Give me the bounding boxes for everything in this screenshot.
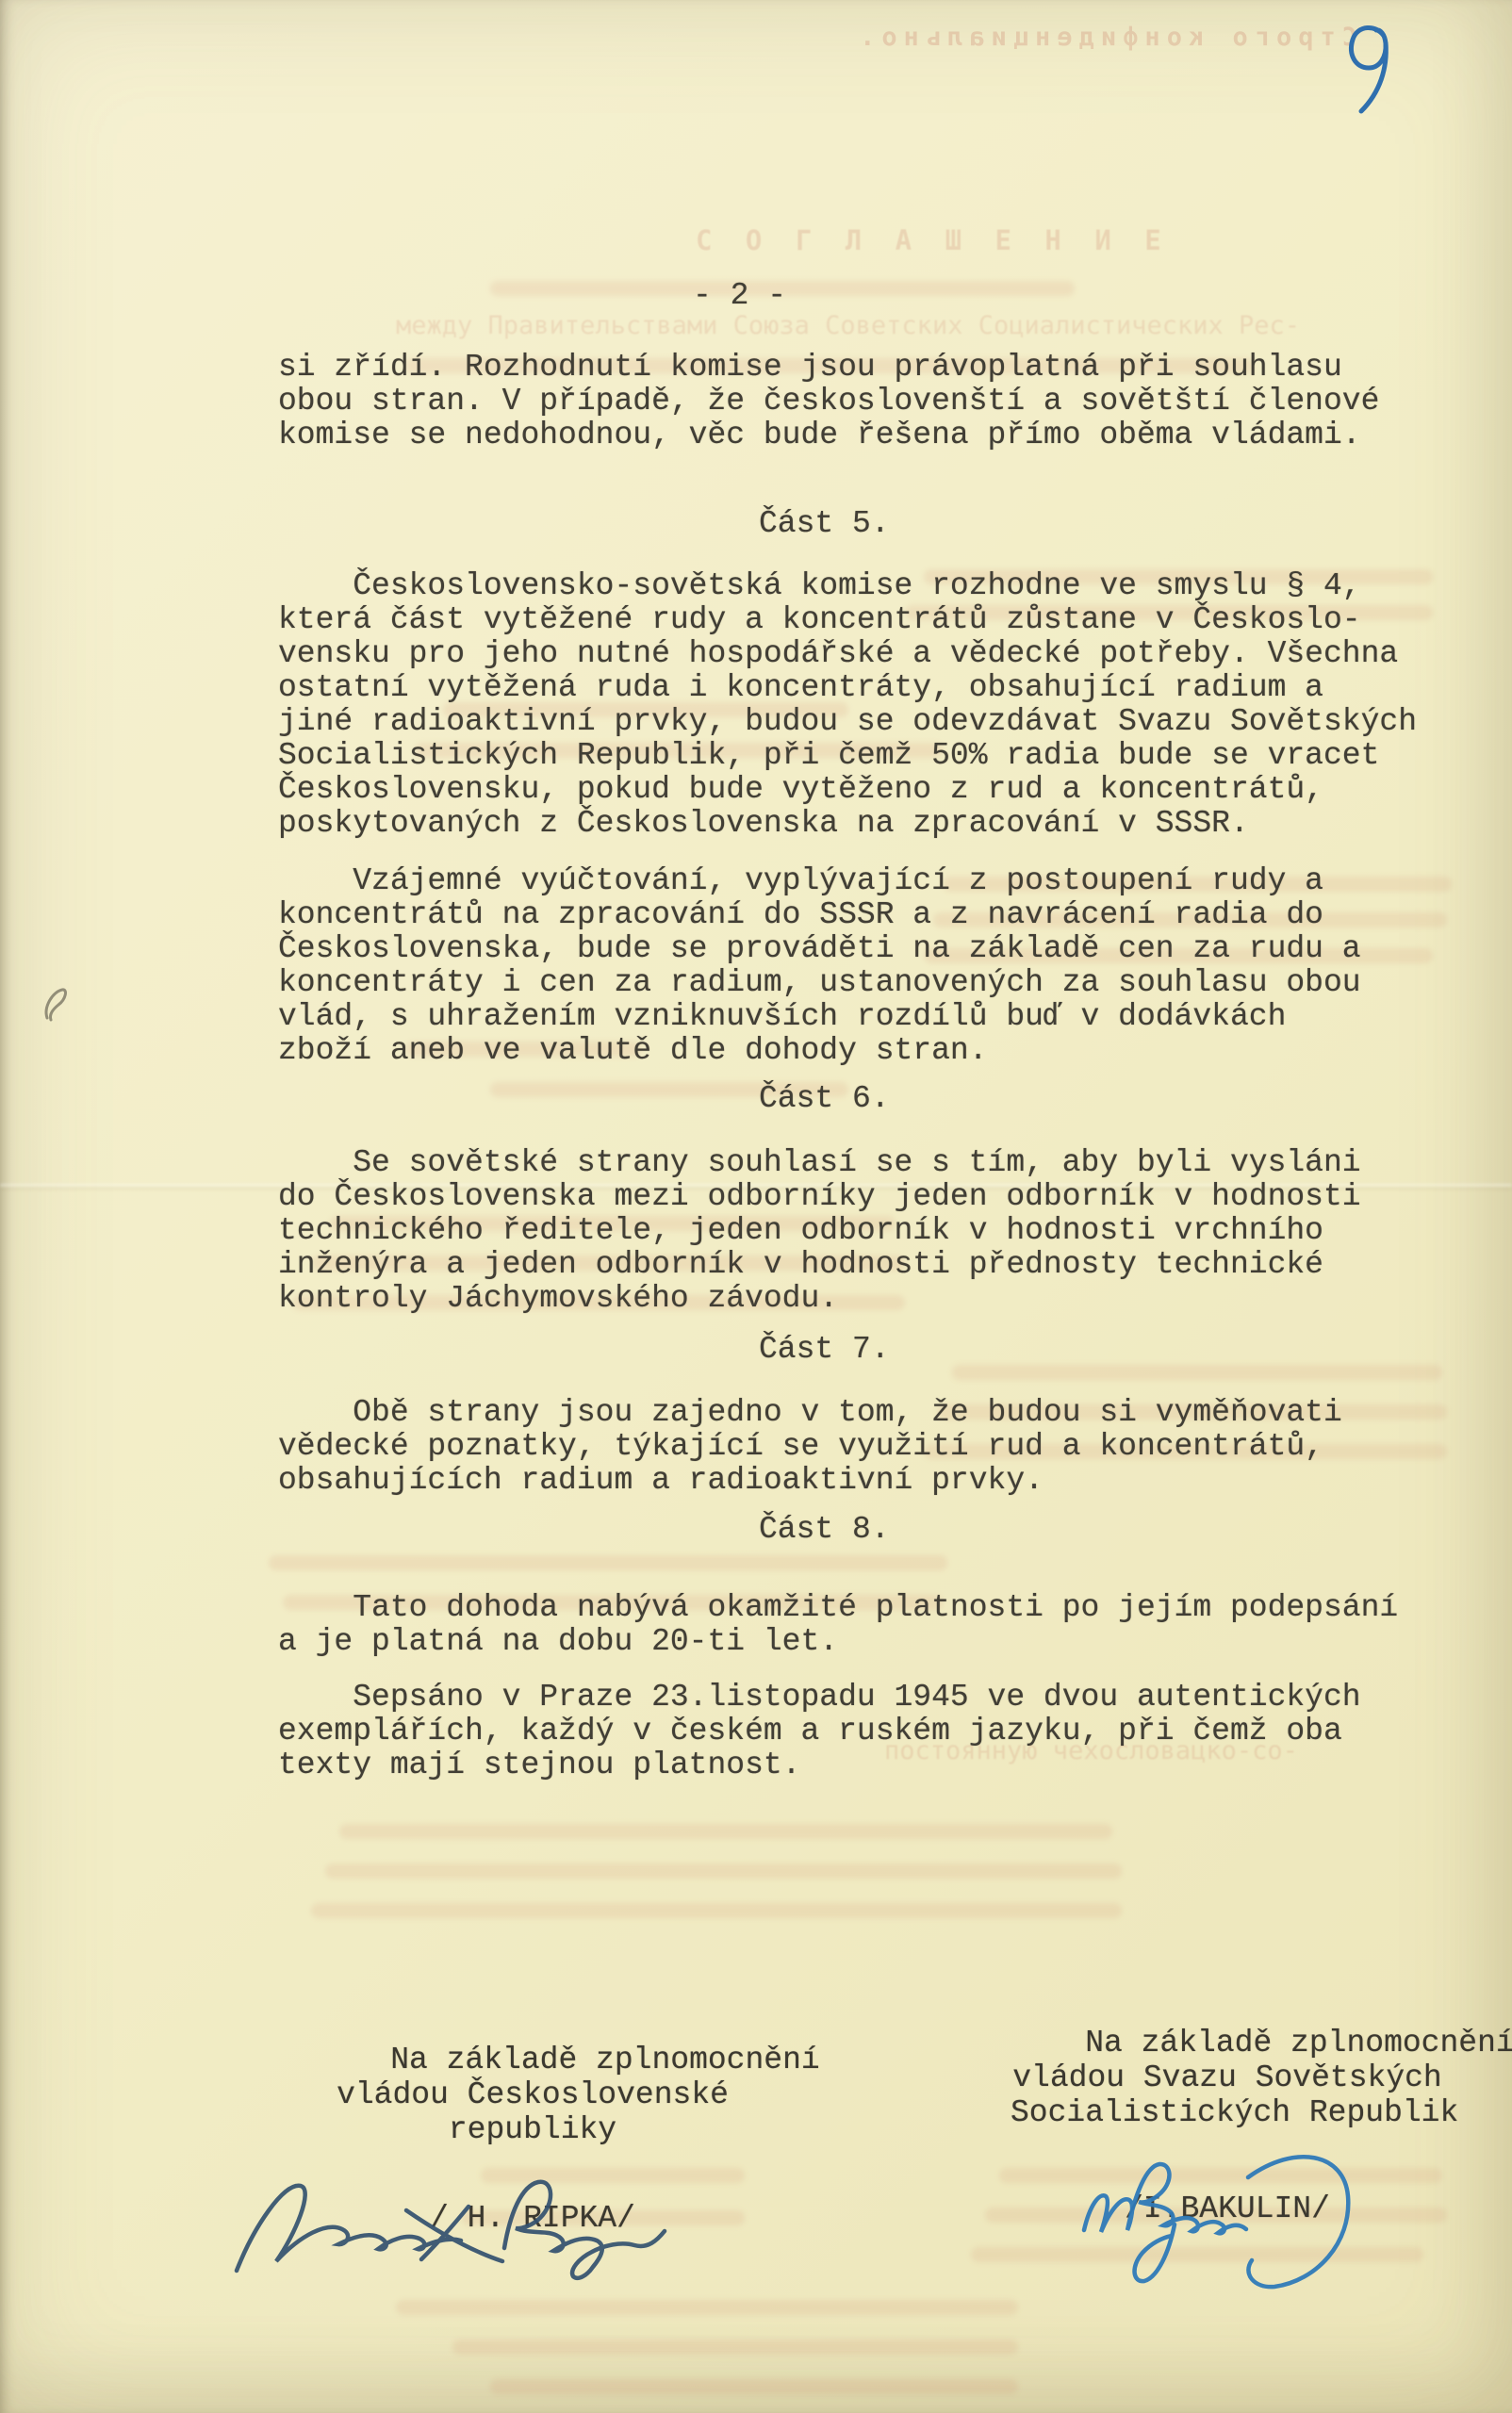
section-heading-6: Část 6. <box>278 1082 1438 1116</box>
paragraph-intro: si zřídí. Rozhodnutí komise jsou právopl… <box>278 351 1438 452</box>
bleedthrough-smudge <box>325 1863 1122 1879</box>
paragraph: Tato dohoda nabývá okamžité platnosti po… <box>278 1591 1438 1659</box>
authorization-text: Na základě zplnomocnění vládou Svazu Sov… <box>1011 2026 1512 2130</box>
paragraph: Československo-sovětská komise rozhodne … <box>278 569 1438 841</box>
bleedthrough-smudge <box>339 1824 1112 1839</box>
bleedthrough-smudge <box>490 2379 1018 2394</box>
authorization-text: Na základě zplnomocnění vládou Českoslov… <box>337 2043 820 2147</box>
section-heading-8: Část 8. <box>278 1513 1438 1547</box>
page-number: - 2 - <box>693 279 1438 313</box>
document-body: - 2 - si zřídí. Rozhodnutí komise jsou p… <box>278 279 1438 1782</box>
document-page: Строго конфиденциально. С О Г Л А Ш Е Н … <box>0 0 1512 2413</box>
paragraph: Obě strany jsou zajedno v tom, že budou … <box>278 1396 1438 1498</box>
paragraph: Vzájemné vyúčtování, vyplývající z posto… <box>278 864 1438 1068</box>
ink-smudge <box>38 980 75 1027</box>
bakulin-signature <box>1063 2138 1403 2312</box>
section-heading-5: Část 5. <box>278 507 1438 541</box>
section-heading-7: Část 7. <box>278 1333 1438 1367</box>
handwritten-page-number <box>1339 15 1405 119</box>
bleedthrough-stamp: Строго конфиденциально. <box>547 23 1357 52</box>
ripka-signature <box>222 2154 674 2305</box>
paragraph: Sepsáno v Praze 23.listopadu 1945 ve dvo… <box>278 1681 1438 1782</box>
paragraph: Se sovětské strany souhlasí se s tím, ab… <box>278 1146 1438 1316</box>
bleedthrough-smudge <box>311 1903 1122 1918</box>
bleedthrough-smudge <box>452 2339 1018 2355</box>
bleedthrough-title: С О Г Л А Ш Е Н И Е <box>696 224 1170 256</box>
